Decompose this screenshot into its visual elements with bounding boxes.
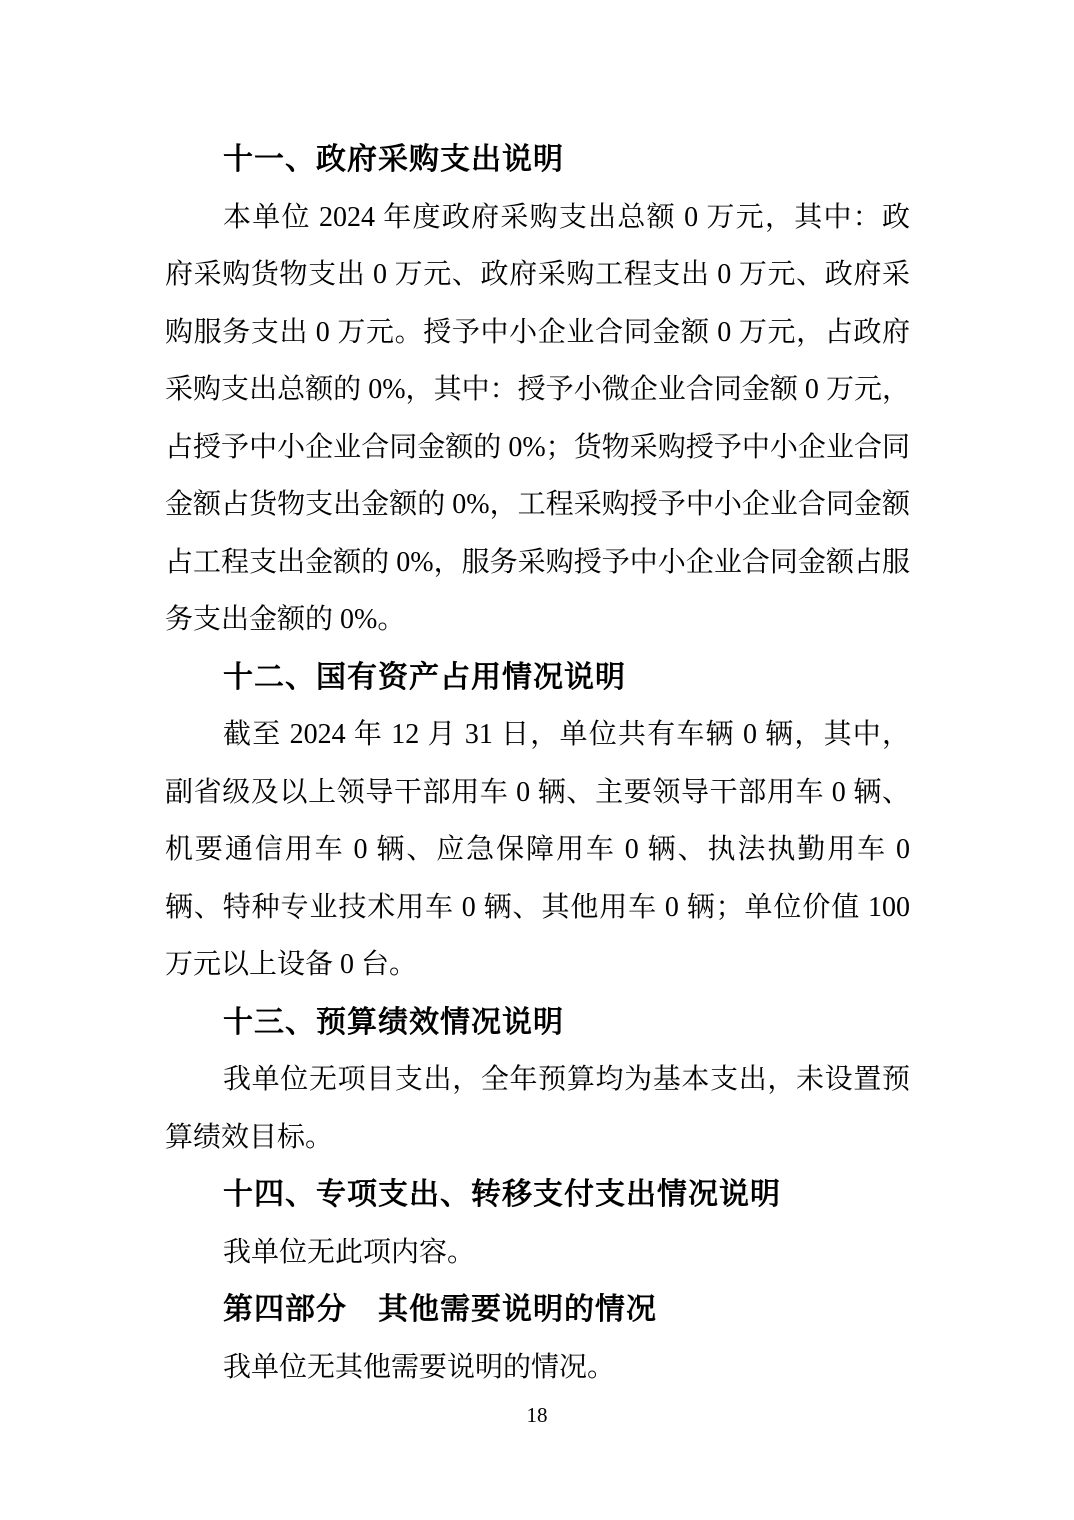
section-heading: 十二、国有资产占用情况说明 (165, 649, 910, 707)
text-line: 我单位无项目支出，全年预算均为基本支出，未设置预 (165, 1051, 910, 1109)
text-line: 我单位无其他需要说明的情况。 (165, 1339, 910, 1397)
section-heading: 十三、预算绩效情况说明 (165, 994, 910, 1052)
text-line: 万元以上设备 0 台。 (165, 936, 910, 994)
text-line: 机要通信用车 0 辆、应急保障用车 0 辆、执法执勤用车 0 (165, 821, 910, 879)
section-heading: 十一、政府采购支出说明 (165, 131, 910, 189)
page-number: 18 (0, 1403, 1074, 1428)
document-content: 十一、政府采购支出说明本单位 2024 年度政府采购支出总额 0 万元，其中：政… (165, 131, 910, 1396)
text-line: 占授予中小企业合同金额的 0%；货物采购授予中小企业合同 (165, 419, 910, 477)
text-line: 采购支出总额的 0%，其中：授予小微企业合同金额 0 万元， (165, 361, 910, 419)
text-line: 副省级及以上领导干部用车 0 辆、主要领导干部用车 0 辆、 (165, 764, 910, 822)
text-line: 算绩效目标。 (165, 1109, 910, 1167)
text-line: 府采购货物支出 0 万元、政府采购工程支出 0 万元、政府采 (165, 246, 910, 304)
document-page: 十一、政府采购支出说明本单位 2024 年度政府采购支出总额 0 万元，其中：政… (0, 0, 1074, 1520)
text-line: 务支出金额的 0%。 (165, 591, 910, 649)
section-heading: 第四部分 其他需要说明的情况 (165, 1281, 910, 1339)
text-line: 辆、特种专业技术用车 0 辆、其他用车 0 辆；单位价值 100 (165, 879, 910, 937)
text-line: 金额占货物支出金额的 0%，工程采购授予中小企业合同金额 (165, 476, 910, 534)
text-line: 购服务支出 0 万元。授予中小企业合同金额 0 万元，占政府 (165, 304, 910, 362)
text-line: 占工程支出金额的 0%，服务采购授予中小企业合同金额占服 (165, 534, 910, 592)
text-line: 我单位无此项内容。 (165, 1224, 910, 1282)
text-line: 截至 2024 年 12 月 31 日，单位共有车辆 0 辆，其中， (165, 706, 910, 764)
section-heading: 十四、专项支出、转移支付支出情况说明 (165, 1166, 910, 1224)
text-line: 本单位 2024 年度政府采购支出总额 0 万元，其中：政 (165, 189, 910, 247)
